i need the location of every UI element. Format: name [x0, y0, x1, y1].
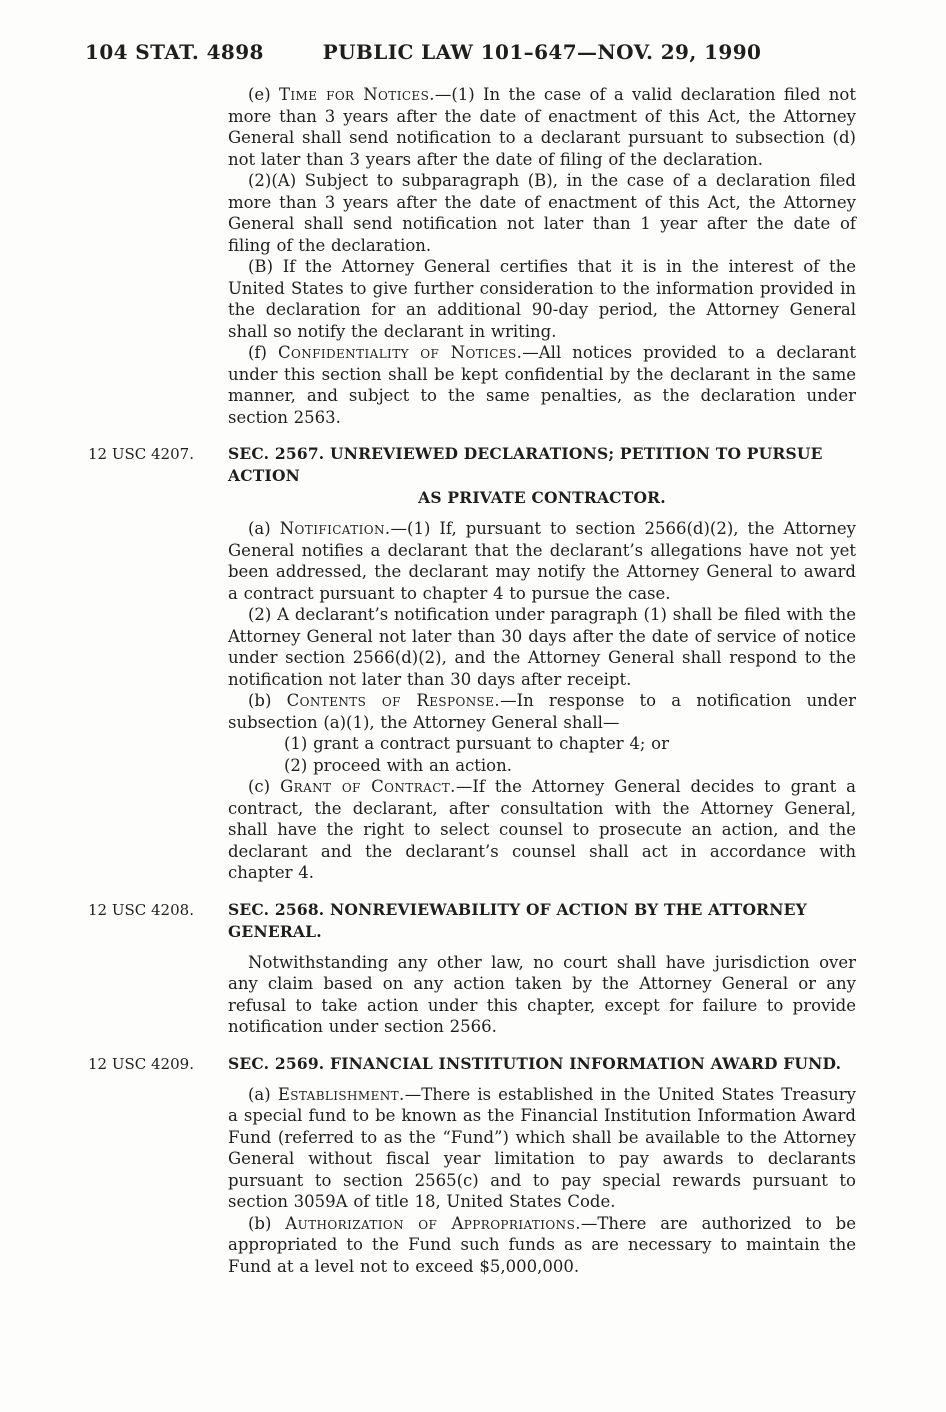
section-2567-heading: SEC. 2567. UNREVIEWED DECLARATIONS; PETI…	[228, 443, 856, 509]
paragraph-b-authorization: (b) Authorization of Appropriations.—The…	[228, 1213, 856, 1278]
statute-text-column: (e) Time for Notices.—(1) In the case of…	[228, 84, 856, 1277]
uscode-margin-note-4208: 12 USC 4208.	[88, 901, 220, 920]
section-2567-heading-line1: SEC. 2567. UNREVIEWED DECLARATIONS; PETI…	[228, 443, 856, 487]
section-2569-heading-line1: SEC. 2569. FINANCIAL INSTITUTION INFORMA…	[228, 1053, 856, 1075]
section-2568-heading-line1: SEC. 2568. NONREVIEWABILITY OF ACTION BY…	[228, 899, 856, 943]
paragraph-c-grant-of-contract: (c) Grant of Contract.—If the Attorney G…	[228, 776, 856, 884]
section-2568: 12 USC 4208. SEC. 2568. NONREVIEWABILITY…	[228, 899, 856, 1038]
section-2569: 12 USC 4209. SEC. 2569. FINANCIAL INSTIT…	[228, 1053, 856, 1278]
paragraph-e-time-for-notices: (e) Time for Notices.—(1) In the case of…	[228, 84, 856, 170]
law-title: PUBLIC LAW 101–647—NOV. 29, 1990	[228, 40, 856, 64]
paragraph-a-notification: (a) Notification.—(1) If, pursuant to se…	[228, 518, 856, 604]
paragraph-f-confidentiality: (f) Confidentiality of Notices.—All noti…	[228, 342, 856, 428]
section-2569-heading: SEC. 2569. FINANCIAL INSTITUTION INFORMA…	[228, 1053, 856, 1075]
paragraph-nonreviewability: Notwithstanding any other law, no court …	[228, 952, 856, 1038]
paragraph-2-filing: (2) A declarant’s notification under par…	[228, 604, 856, 690]
section-2566-tail: (e) Time for Notices.—(1) In the case of…	[228, 84, 856, 428]
paragraph-a-establishment: (a) Establishment.—There is established …	[228, 1084, 856, 1213]
section-2568-heading: SEC. 2568. NONREVIEWABILITY OF ACTION BY…	[228, 899, 856, 943]
list-item-proceed-action: (2) proceed with an action.	[284, 755, 856, 777]
uscode-margin-note-4209: 12 USC 4209.	[88, 1055, 220, 1074]
paragraph-2b: (B) If the Attorney General certifies th…	[228, 256, 856, 342]
paragraph-2a: (2)(A) Subject to subparagraph (B), in t…	[228, 170, 856, 256]
uscode-margin-note-4207: 12 USC 4207.	[88, 445, 220, 464]
statute-page: 104 STAT. 4898 PUBLIC LAW 101–647—NOV. 2…	[0, 0, 946, 1412]
list-item-grant-contract: (1) grant a contract pursuant to chapter…	[284, 733, 856, 755]
section-2567: 12 USC 4207. SEC. 2567. UNREVIEWED DECLA…	[228, 443, 856, 884]
paragraph-b-contents: (b) Contents of Response.—In response to…	[228, 690, 856, 733]
section-2567-heading-line2: AS PRIVATE CONTRACTOR.	[228, 487, 856, 509]
running-head: 104 STAT. 4898 PUBLIC LAW 101–647—NOV. 2…	[0, 40, 946, 66]
